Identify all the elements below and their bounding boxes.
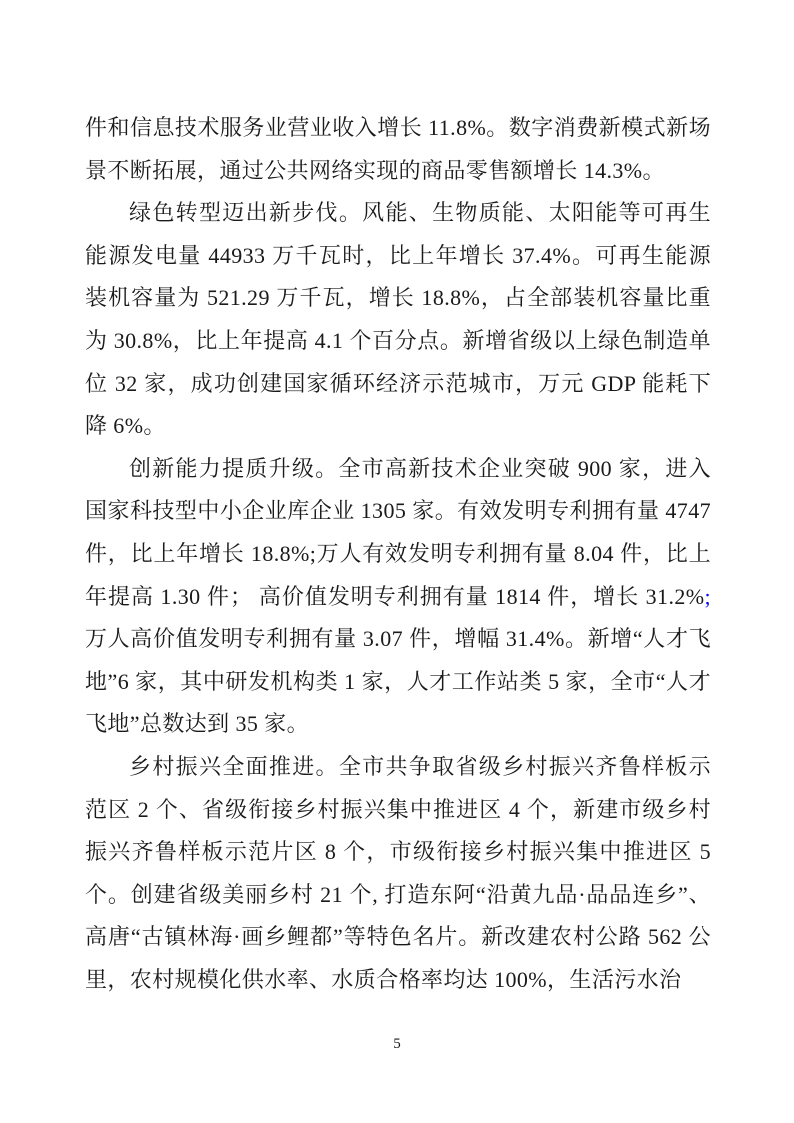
paragraph-text: 全市共争取省级乡村振兴齐鲁样板示范区 2 个、省级衔接乡村振兴集中推进区 4 个… (85, 754, 711, 992)
paragraph-lead: 创新能力提质升级。 (129, 456, 338, 481)
paragraph-text: 风能、生物质能、太阳能等可再生能源发电量 44933 万千瓦时，比上年增长 37… (85, 200, 711, 438)
document-page: 件和信息技术服务业营业收入增长 11.8%。数字消费新模式新场景不断拓展，通过公… (0, 0, 794, 1123)
paragraph-lead: 绿色转型迈出新步伐。 (129, 200, 362, 225)
paragraph-lead: 乡村振兴全面推进。 (129, 754, 339, 779)
paragraph-green-transition: 绿色转型迈出新步伐。风能、生物质能、太阳能等可再生能源发电量 44933 万千瓦… (85, 192, 711, 448)
paragraph-text-continued: 万人高价值发明专利拥有量 3.07 件，增幅 31.4%。新增“人才飞地”6 家… (85, 626, 711, 736)
paragraph-rural-revitalization: 乡村振兴全面推进。全市共争取省级乡村振兴齐鲁样板示范区 2 个、省级衔接乡村振兴… (85, 746, 711, 1002)
page-content: 件和信息技术服务业营业收入增长 11.8%。数字消费新模式新场景不断拓展，通过公… (85, 107, 711, 1001)
blue-semicolon: ; (704, 584, 711, 609)
paragraph-innovation: 创新能力提质升级。全市高新技术企业突破 900 家，进入国家科技型中小企业库企业… (85, 448, 711, 746)
paragraph-digital-economy: 件和信息技术服务业营业收入增长 11.8%。数字消费新模式新场景不断拓展，通过公… (85, 107, 711, 192)
paragraph-text: 件和信息技术服务业营业收入增长 11.8%。数字消费新模式新场景不断拓展，通过公… (85, 115, 711, 183)
page-number: 5 (0, 1036, 794, 1053)
